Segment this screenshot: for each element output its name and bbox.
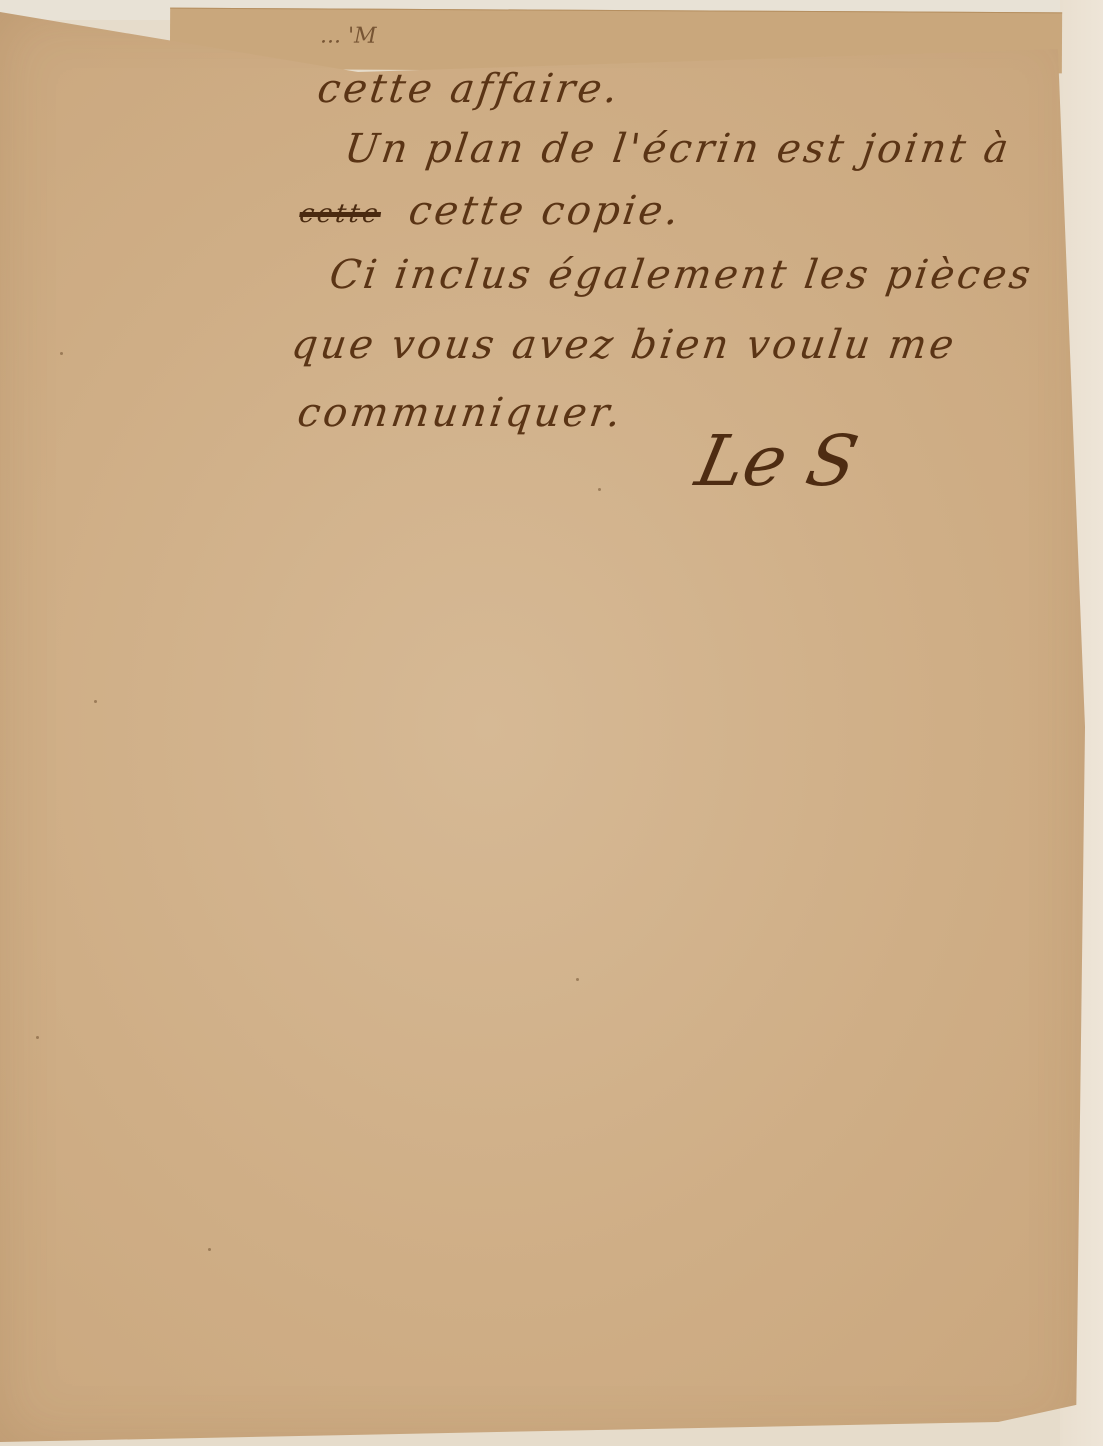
paper-speck (36, 1036, 39, 1039)
handwritten-line-1: cette affaire. (315, 66, 624, 112)
handwritten-line-3: cettecette copie. (297, 188, 685, 234)
paper-speck (576, 978, 579, 981)
handwritten-line-4: Ci inclus également les pièces (327, 252, 1036, 298)
handwritten-line-6: communiquer. (295, 390, 627, 436)
paper-speck (60, 352, 63, 355)
paper-speck (598, 488, 601, 491)
underlying-sheet-text: ... 'M (320, 23, 377, 48)
paper-speck (208, 1248, 211, 1251)
line-3-text: cette copie. (406, 188, 684, 234)
handwritten-line-2: Un plan de l'écrin est joint à (342, 126, 1014, 172)
paper-speck (94, 700, 97, 703)
signature: Le S (689, 420, 865, 502)
handwritten-line-5: que vous avez bien voulu me (289, 322, 960, 368)
struck-out-word: cette (297, 199, 382, 229)
